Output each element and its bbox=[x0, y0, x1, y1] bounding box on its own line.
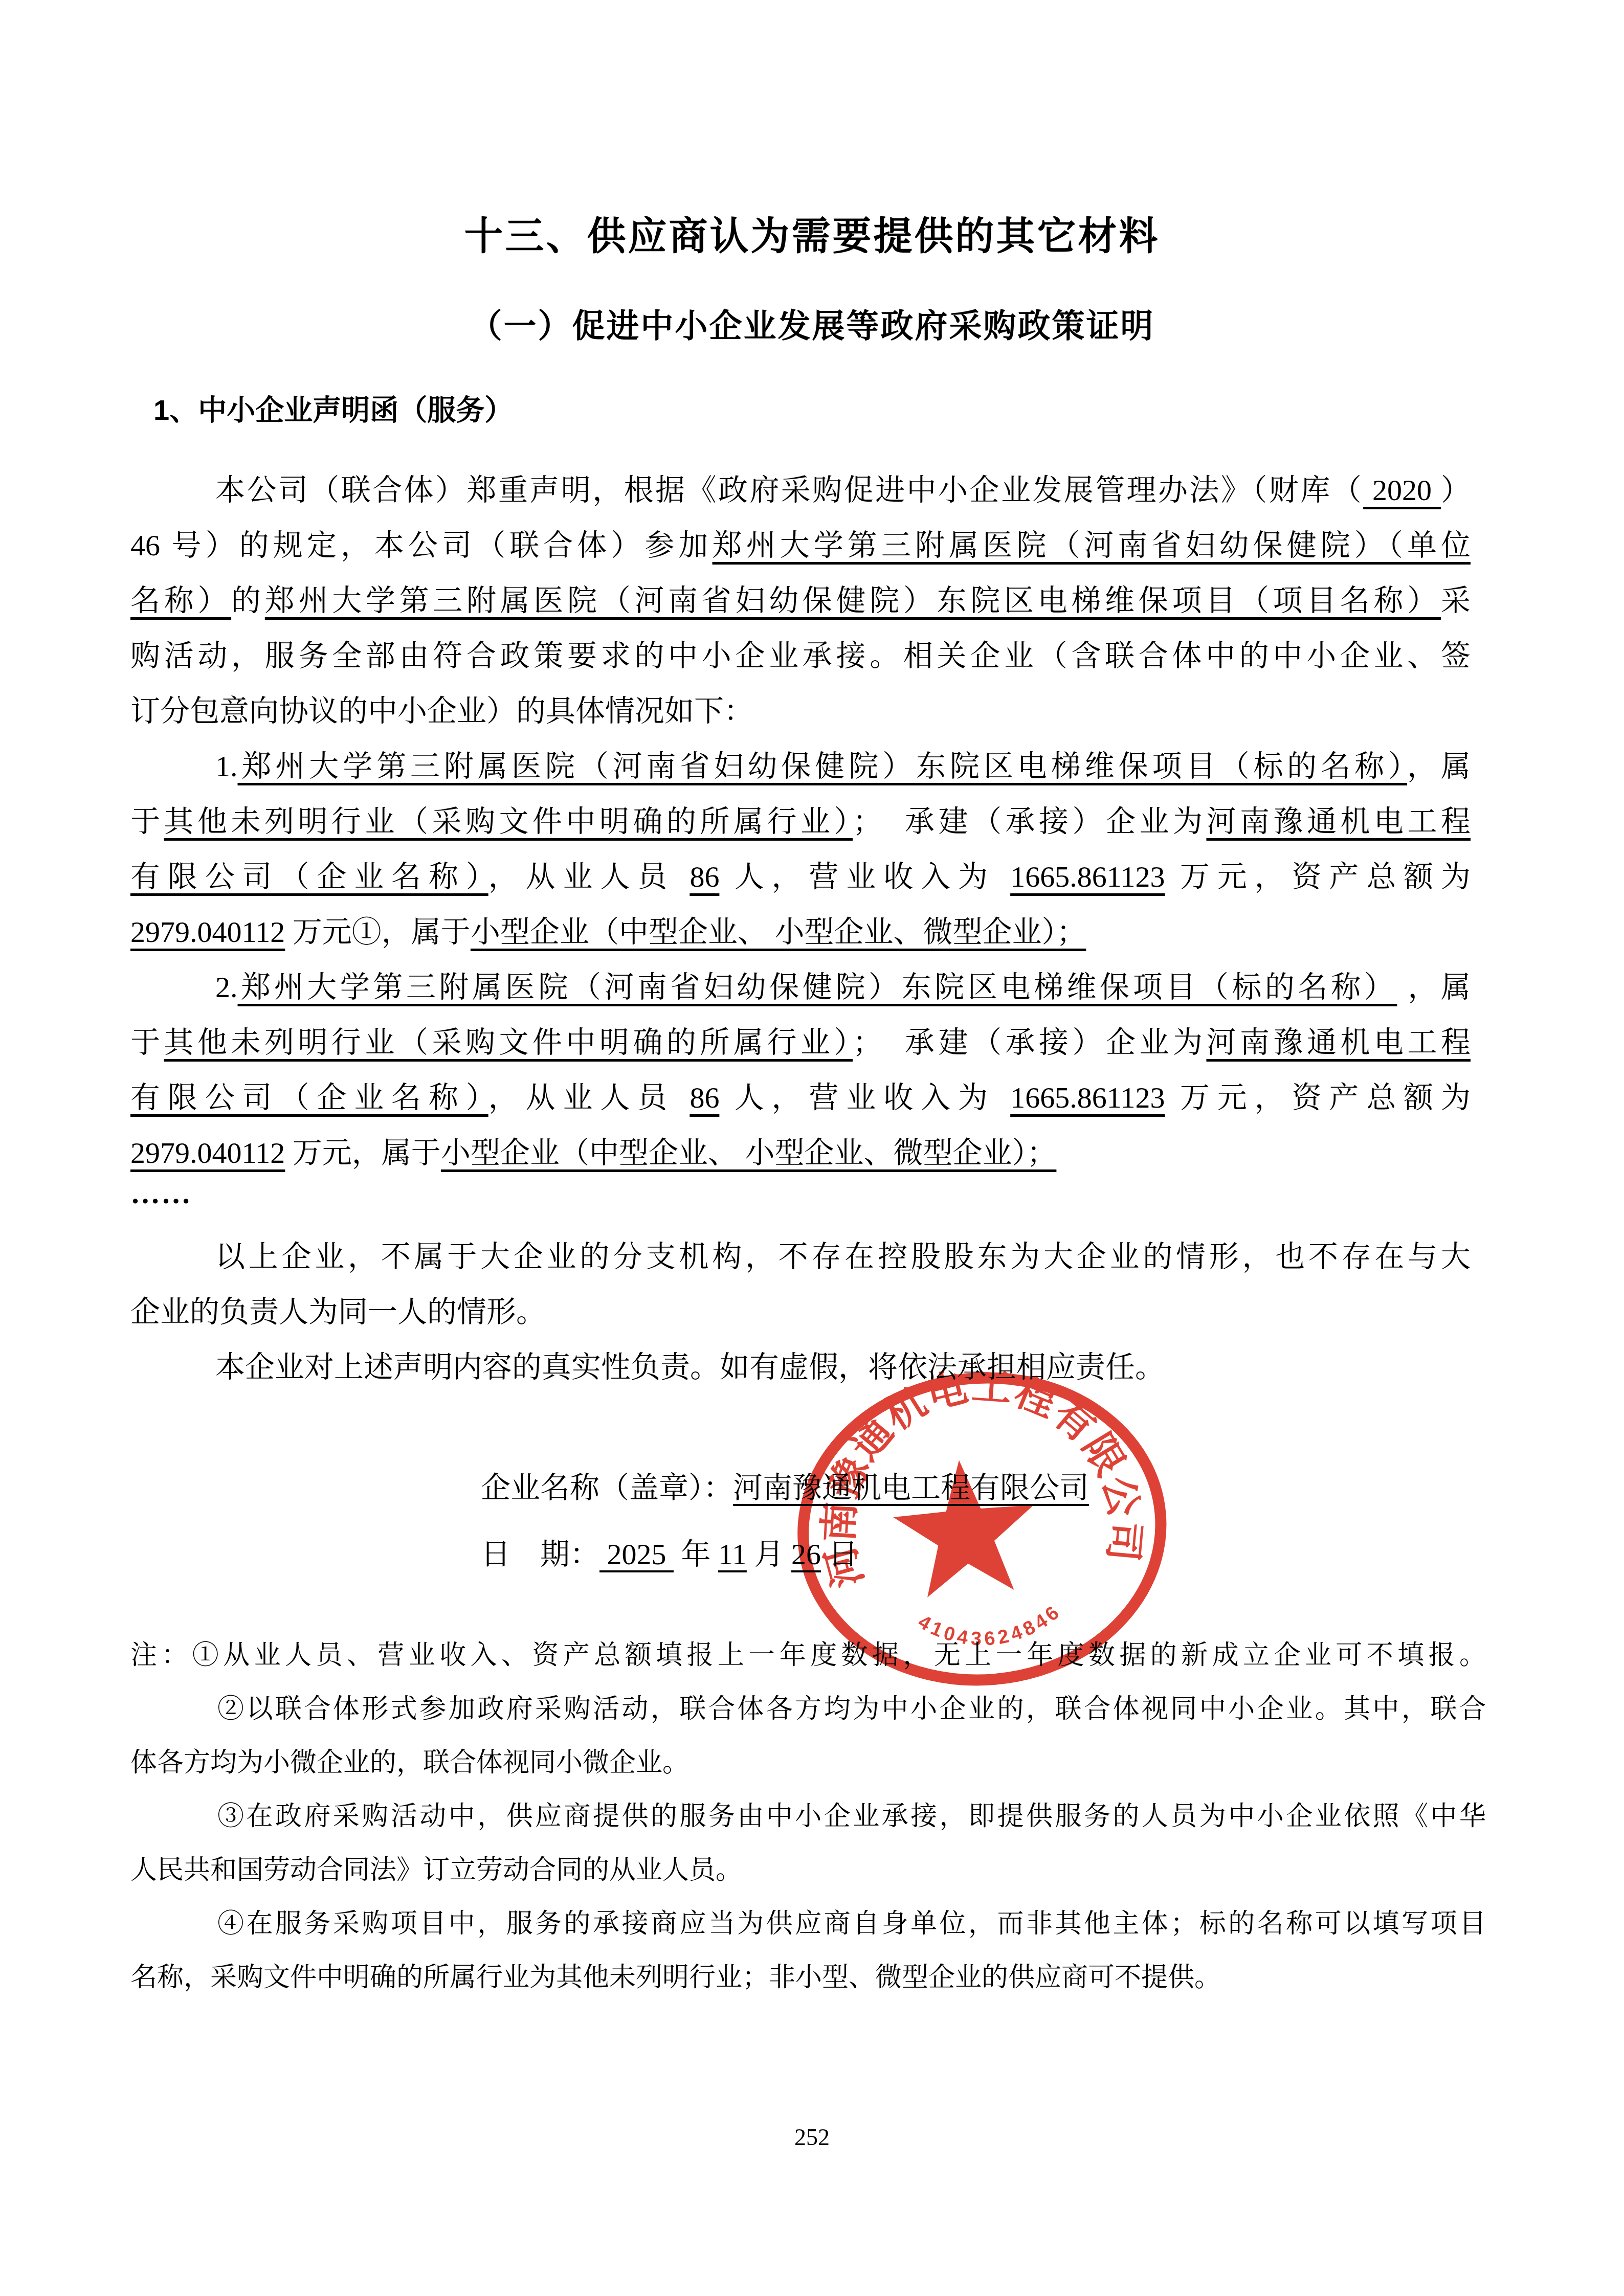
text-run: ④在服务采购项目中，服务的承接商应当为供应商自身单位，而非其他主体；标的名称可以… bbox=[217, 1909, 1486, 1939]
ellipsis-line: …… bbox=[130, 1166, 192, 1221]
company-seal-stamp: 河南豫通机电工程有限公司 41043624846 bbox=[775, 1350, 1189, 1709]
filled-blank: 郑州大学第三附属医院（河南省妇幼保健院）东院区电梯维保项目（标的名称） bbox=[238, 750, 1408, 783]
text-line: ④在服务采购项目中，服务的承接商应当为供应商自身单位，而非其他主体；标的名称可以… bbox=[130, 1897, 1486, 1951]
text-run: 订分包意向协议的中小企业）的具体情况如下： bbox=[130, 694, 753, 728]
text-line: 名称，采购文件中明确的所属行业为其他未列明行业；非小型、微型企业的供应商可不提供… bbox=[130, 1951, 1486, 2005]
text-run: 万元，资产总额为 bbox=[1165, 860, 1471, 893]
text-line: 本公司（联合体）郑重声明，根据《政府采购促进中小企业发展管理办法》（财库（ 20… bbox=[130, 463, 1471, 518]
filled-blank: 郑州大学第三附属医院（河南省妇幼保健院）（单位 bbox=[713, 529, 1471, 562]
date-label: 日 期： bbox=[481, 1538, 599, 1571]
text-line: 有限公司（企业名称），从业人员 86 人，营业收入为 1665.861123 万… bbox=[130, 849, 1471, 905]
company-label: 企业名称（盖章）： bbox=[481, 1471, 733, 1504]
filled-blank: 其他未列明行业（采购文件中明确的所属行业） bbox=[164, 805, 853, 838]
text-run: ，属 bbox=[1407, 750, 1471, 783]
page-title: 十三、供应商认为需要提供的其它材料 bbox=[0, 209, 1624, 265]
filled-blank: 郑州大学第三附属医院（河南省妇幼保健院）东院区电梯维保项目（项目名称） bbox=[265, 584, 1441, 617]
date-year: 2025 bbox=[599, 1538, 674, 1571]
text-line: 2979.040112 万元①，属于小型企业（中型企业、 小型企业、微型企业）； bbox=[130, 905, 1471, 960]
text-run: 人，营业收入为 bbox=[719, 1081, 1010, 1114]
text-line: 购活动，服务全部由符合政策要求的中小企业承接。相关企业（含联合体中的中小企业、签 bbox=[130, 628, 1471, 684]
page-number: 252 bbox=[0, 2120, 1624, 2155]
filled-blank: 郑州大学第三附属医院（河南省妇幼保健院）东院区电梯维保项目（标的名称） bbox=[238, 971, 1397, 1004]
filled-blank: 2979.040112 bbox=[130, 915, 285, 949]
filled-blank: 名称） bbox=[130, 584, 231, 617]
filled-blank: 2020 bbox=[1363, 474, 1441, 507]
year-unit: 年 bbox=[674, 1538, 718, 1571]
month-unit: 月 bbox=[747, 1538, 791, 1571]
filled-blank: 86 bbox=[689, 1081, 719, 1114]
text-run: 人，营业收入为 bbox=[719, 860, 1010, 893]
text-run: 本公司（联合体）郑重声明，根据《政府采购促进中小企业发展管理办法》（财库（ bbox=[215, 474, 1363, 507]
seal-serial-number: 41043624846 bbox=[913, 1599, 1069, 1656]
text-line: 企业的负责人为同一人的情形。 bbox=[130, 1285, 1471, 1340]
text-line: 2.郑州大学第三附属医院（河南省妇幼保健院）东院区电梯维保项目（标的名称） ，属 bbox=[130, 960, 1471, 1015]
text-line: ③在政府采购活动中，供应商提供的服务由中小企业承接，即提供服务的人员为中小企业依… bbox=[130, 1790, 1486, 1843]
filled-blank: 河南豫通机电工程 bbox=[1206, 805, 1471, 838]
text-run: 2. bbox=[215, 971, 238, 1004]
filled-blank: 有限公司（企业名称） bbox=[130, 1081, 488, 1114]
text-run: 的 bbox=[231, 584, 265, 617]
svg-text:41043624846: 41043624846 bbox=[913, 1599, 1069, 1656]
text-run: 1. bbox=[215, 750, 238, 783]
text-run: 万元①，属于 bbox=[285, 915, 471, 949]
filled-blank: 其他未列明行业（采购文件中明确的所属行业） bbox=[164, 1026, 853, 1059]
text-run: 万元，属于 bbox=[285, 1136, 441, 1169]
text-line: 于其他未列明行业（采购文件中明确的所属行业）； 承建（承接）企业为河南豫通机电工… bbox=[130, 1015, 1471, 1070]
text-run: 购活动，服务全部由符合政策要求的中小企业承接。相关企业（含联合体中的中小企业、签 bbox=[130, 639, 1471, 672]
text-line: 名称）的郑州大学第三附属医院（河南省妇幼保健院）东院区电梯维保项目（项目名称）采 bbox=[130, 573, 1471, 628]
text-run: 于 bbox=[130, 1026, 164, 1059]
text-line: 订分包意向协议的中小企业）的具体情况如下： bbox=[130, 684, 1471, 739]
text-run: 于 bbox=[130, 805, 164, 838]
text-line: 46 号）的规定，本公司（联合体）参加郑州大学第三附属医院（河南省妇幼保健院）（… bbox=[130, 518, 1471, 573]
seal-star-icon bbox=[888, 1454, 1041, 1600]
text-line: 于其他未列明行业（采购文件中明确的所属行业）； 承建（承接）企业为河南豫通机电工… bbox=[130, 794, 1471, 849]
filled-blank: 河南豫通机电工程 bbox=[1206, 1026, 1471, 1059]
text-line: 人民共和国劳动合同法》订立劳动合同的从业人员。 bbox=[130, 1843, 1486, 1897]
document-page: 十三、供应商认为需要提供的其它材料 （一）促进中小企业发展等政府采购政策证明 1… bbox=[0, 0, 1624, 2296]
text-run: 46 号）的规定，本公司（联合体）参加 bbox=[130, 529, 713, 562]
text-run: ③在政府采购活动中，供应商提供的服务由中小企业承接，即提供服务的人员为中小企业依… bbox=[217, 1802, 1486, 1831]
text-run: ，属 bbox=[1397, 971, 1471, 1004]
text-run: ，从业人员 bbox=[488, 1081, 690, 1114]
section-heading: 1、中小企业声明函（服务） bbox=[153, 385, 513, 436]
declaration-body: 本公司（联合体）郑重声明，根据《政府采购促进中小企业发展管理办法》（财库（ 20… bbox=[130, 463, 1471, 1181]
text-run: 体各方均为小微企业的，联合体视同小微企业。 bbox=[130, 1748, 689, 1777]
text-run: 万元，资产总额为 bbox=[1165, 1081, 1471, 1114]
text-line: 1.郑州大学第三附属医院（河南省妇幼保健院）东院区电梯维保项目（标的名称），属 bbox=[130, 739, 1471, 794]
text-run: ） bbox=[1441, 474, 1471, 507]
text-run: ，从业人员 bbox=[488, 860, 690, 893]
text-run: 采 bbox=[1441, 584, 1471, 617]
text-line: 有限公司（企业名称），从业人员 86 人，营业收入为 1665.861123 万… bbox=[130, 1070, 1471, 1126]
filled-blank: 1665.861123 bbox=[1010, 860, 1165, 893]
text-run: 企业的负责人为同一人的情形。 bbox=[130, 1295, 546, 1329]
text-line: 体各方均为小微企业的，联合体视同小微企业。 bbox=[130, 1736, 1486, 1790]
page-subtitle: （一）促进中小企业发展等政府采购政策证明 bbox=[0, 298, 1624, 354]
filled-blank: 小型企业（中型企业、 小型企业、微型企业）； bbox=[441, 1136, 1057, 1169]
filled-blank: 小型企业（中型企业、 小型企业、微型企业）； bbox=[471, 915, 1086, 949]
filled-blank: 2979.040112 bbox=[130, 1136, 285, 1169]
filled-blank: 1665.861123 bbox=[1010, 1081, 1165, 1114]
text-line: 2979.040112 万元，属于小型企业（中型企业、 小型企业、微型企业）； bbox=[130, 1126, 1471, 1181]
text-line: 以上企业，不属于大企业的分支机构，不存在控股股东为大企业的情形，也不存在与大 bbox=[130, 1229, 1471, 1285]
filled-blank: 86 bbox=[689, 860, 719, 893]
text-run: 人民共和国劳动合同法》订立劳动合同的从业人员。 bbox=[130, 1856, 742, 1885]
filled-blank: 有限公司（企业名称） bbox=[130, 860, 488, 893]
text-run: 名称，采购文件中明确的所属行业为其他未列明行业；非小型、微型企业的供应商可不提供… bbox=[130, 1963, 1221, 1992]
text-run: ； 承建（承接）企业为 bbox=[853, 1026, 1206, 1059]
closing-paragraphs: 以上企业，不属于大企业的分支机构，不存在控股股东为大企业的情形，也不存在与大企业… bbox=[130, 1229, 1471, 1395]
text-run: ； 承建（承接）企业为 bbox=[853, 805, 1206, 838]
date-month: 11 bbox=[718, 1538, 747, 1571]
text-run: 以上企业，不属于大企业的分支机构，不存在控股股东为大企业的情形，也不存在与大 bbox=[215, 1240, 1471, 1273]
